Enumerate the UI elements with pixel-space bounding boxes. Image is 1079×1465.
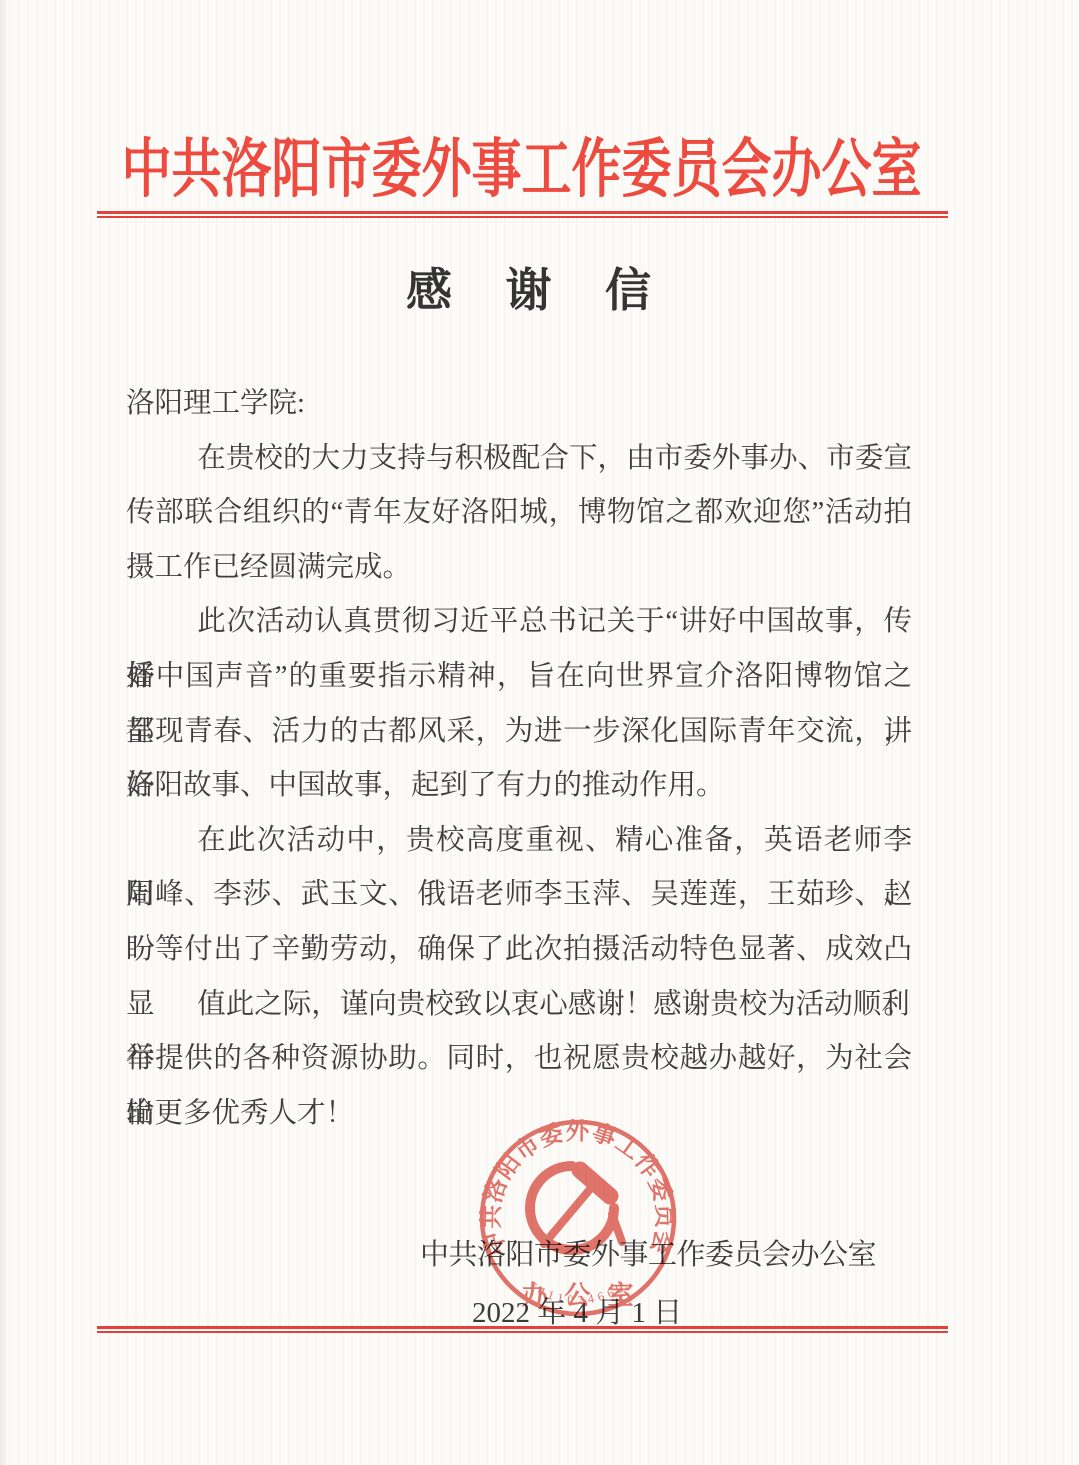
body-line: 值此之际，谨向贵校致以衷心感谢！感谢贵校为活动顺利举 [126,978,912,1033]
body-line: 在此次活动中，贵校高度重视、精心准备，英语老师李阳、 [126,814,912,869]
scanned-letter-page: 中共洛阳市委外事工作委员会办公室 感 谢 信 洛阳理工学院: 在贵校的大力支持与… [0,0,1079,1465]
body-line: 摄工作已经圆满完成。 [126,541,912,596]
body-line: 在贵校的大力支持与积极配合下，由市委外事办、市委宣 [126,432,912,487]
body-line: 好中国声音”的重要指示精神，旨在向世界宣介洛阳博物馆之都， [126,650,912,705]
divider-thin-line [97,1331,948,1333]
body-line: 此次活动认真贯彻习近平总书记关于“讲好中国故事，传播 [126,595,912,650]
divider-thin-line [97,216,948,218]
body-line: 洛阳故事、中国故事，起到了有力的推动作用。 [126,759,912,814]
salutation: 洛阳理工学院: [126,377,912,432]
letterhead-org-name: 中共洛阳市委外事工作委员会办公室 [0,118,1043,210]
body-line: 周峰、李莎、武玉文、俄语老师李玉萍、吴莲莲，王茹珍、赵盼 [126,868,912,923]
letterhead-divider [97,211,948,218]
letter-body: 洛阳理工学院: 在贵校的大力支持与积极配合下，由市委外事办、市委宣 传部联合组织… [126,377,912,1141]
body-line: 呈现青春、活力的古都风采，为进一步深化国际青年交流，讲好 [126,705,912,760]
letter-title: 感 谢 信 [0,254,1057,320]
body-line: 传部联合组织的“青年友好洛阳城，博物馆之都欢迎您”活动拍 [126,486,912,541]
footer-divider [97,1326,948,1333]
seal-outer-ring [482,1122,674,1314]
signature-date: 2022 年 4 月 1 日 [472,1290,682,1331]
signature-org-name: 中共洛阳市委外事工作委员会办公室 [420,1232,876,1273]
body-line: 行提供的各种资源协助。同时，也祝愿贵校越办越好，为社会输 [126,1032,912,1087]
body-line: 盼等付出了辛勤劳动，确保了此次拍摄活动特色显著、成效凸显。 [126,923,912,978]
body-line: 出更多优秀人才！ [126,1087,912,1142]
